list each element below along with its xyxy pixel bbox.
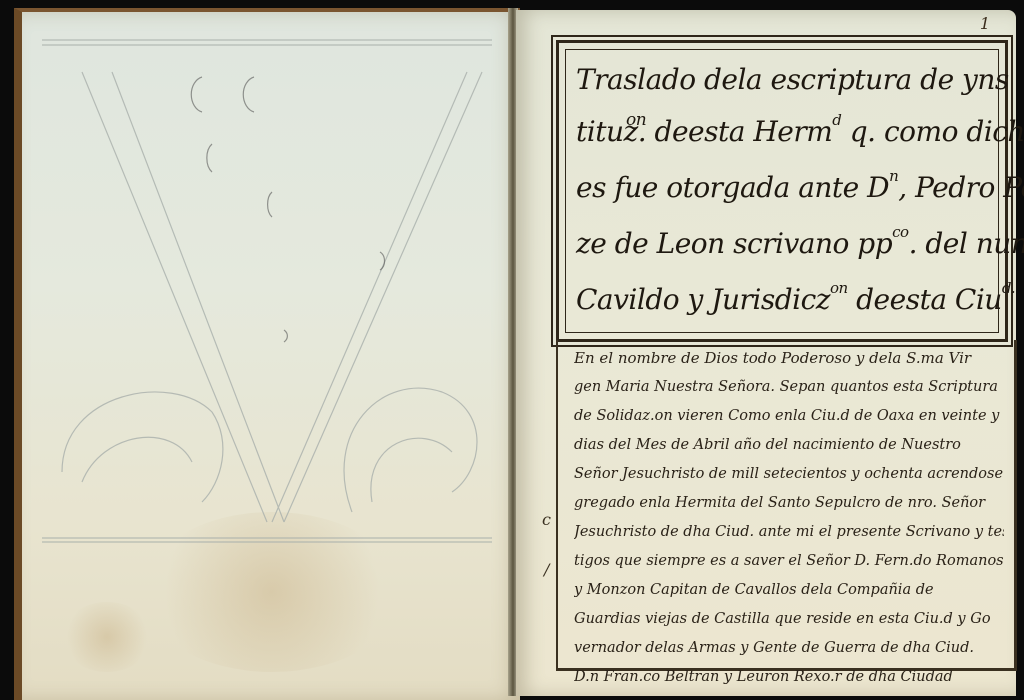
manuscript-spread: 1 Traslado dela escriptura de yns on tit… bbox=[0, 0, 1024, 700]
right-page: 1 Traslado dela escriptura de yns on tit… bbox=[516, 10, 1016, 696]
body-line: dias del Mes de Abril año del nacimiento… bbox=[574, 431, 1004, 460]
body-line: tigos que siempre es a saver el Señor D.… bbox=[574, 547, 1004, 576]
title-line: ze de Leon scrivano ppco. del numo. bbox=[576, 218, 988, 274]
title-block: Traslado dela escriptura de yns on tituz… bbox=[565, 49, 999, 333]
body-text-block: En el nombre de Dios todo Poderoso y del… bbox=[556, 340, 1017, 671]
body-line: vernador delas Armas y Gente de Guerra d… bbox=[574, 634, 1004, 663]
body-line: de Solidaz.on vieren Como enla Ciu.d de … bbox=[574, 402, 1004, 431]
body-line: Guardias viejas de Castilla que reside e… bbox=[574, 605, 1004, 634]
title-frame: Traslado dela escriptura de yns on tituz… bbox=[556, 40, 1008, 342]
body-line: gregado enla Hermita del Santo Sepulcro … bbox=[574, 489, 1004, 518]
body-line: gen Maria Nuestra Señora. Sepan quantos … bbox=[574, 373, 1004, 402]
body-line: Señor Jesuchristo de mill setecientos y … bbox=[574, 460, 1004, 489]
ornamental-v-icon bbox=[22, 12, 520, 700]
body-line: D.n Fran.co Beltran y Leuron Rexo.r de d… bbox=[574, 663, 1004, 692]
margin-flourish: c bbox=[542, 510, 551, 529]
body-line: Jesuchristo de dha Ciud. ante mi el pres… bbox=[574, 518, 1004, 547]
ornamental-initial-sketch bbox=[22, 12, 520, 700]
body-line: y Monzon Capitan de Cavallos dela Compañ… bbox=[574, 576, 1004, 605]
folio-number: 1 bbox=[980, 14, 990, 33]
title-line: on tituz. deesta Hermd q. como dicho bbox=[576, 106, 988, 162]
left-page bbox=[14, 8, 520, 700]
body-line: En el nombre de Dios todo Poderoso y del… bbox=[574, 344, 1004, 373]
title-line: es fue otorgada ante Dn, Pedro Pon bbox=[576, 162, 988, 218]
title-line: Cavildo y Jurisdiczon deesta Ciud. bbox=[576, 274, 988, 330]
margin-flourish: / bbox=[544, 560, 549, 579]
